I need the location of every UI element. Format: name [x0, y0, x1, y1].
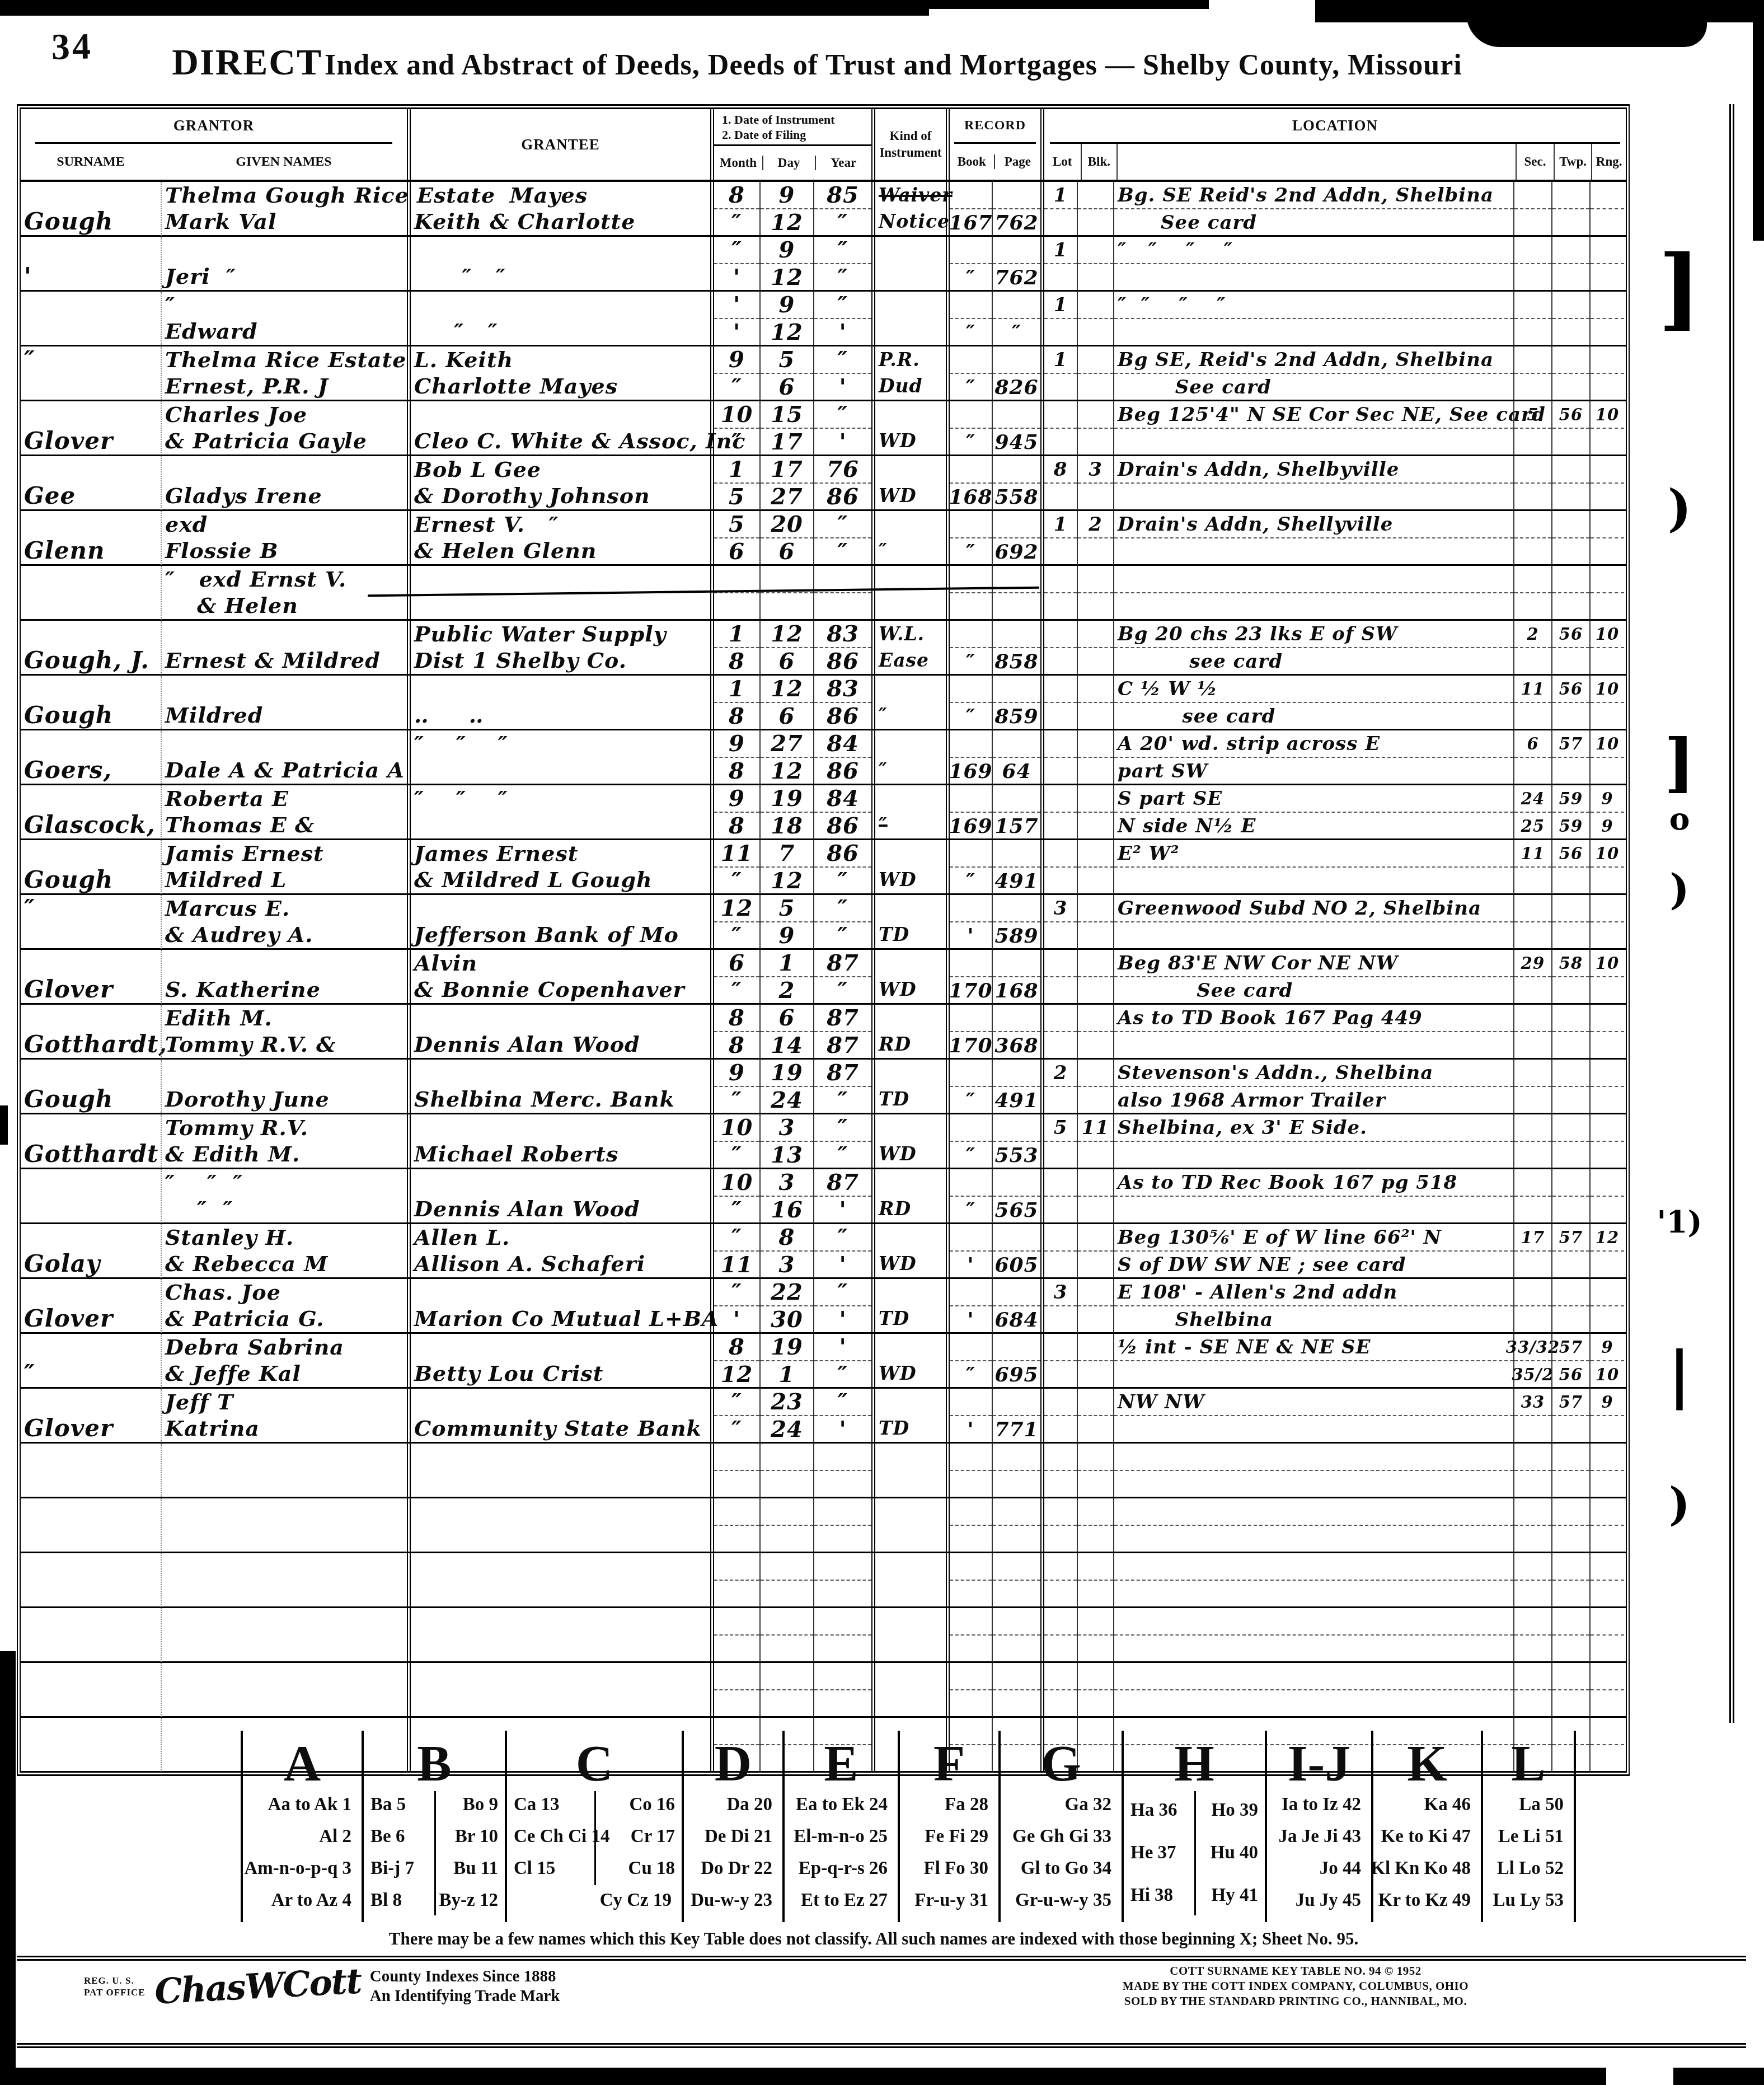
cell-gr: Marion Co Mutual L+BA: [407, 1279, 710, 1333]
entry-sec-line1: [1514, 182, 1551, 208]
cell-k: [871, 566, 946, 620]
key-range-line: Ll Lo 52: [1483, 1853, 1574, 1885]
entry-loc-line1: Beg 125'4" N SE Cor Sec NE, See card: [1114, 401, 1513, 428]
cell-loc: ″ ″ ″ ″: [1113, 292, 1513, 345]
cell-pg: [992, 1608, 1040, 1662]
cell-rng: [1589, 895, 1624, 949]
entry-pg-line2: 491: [993, 866, 1040, 894]
entry-gr-line1: [411, 1279, 710, 1305]
entry-d-line1: 12: [761, 676, 813, 702]
cell-sur: Gee: [21, 456, 161, 510]
cell-lot: [1040, 1498, 1077, 1552]
header-book-label: Book: [950, 154, 994, 169]
entry-sur-line1: [21, 621, 161, 647]
entry-gr-line2: Shelbina Merc. Bank: [411, 1086, 710, 1112]
key-range: By-z 12: [439, 1890, 498, 1911]
cell-d: 191: [759, 1334, 813, 1388]
cell-loc: C ½ W ½ see card: [1113, 676, 1513, 729]
entry-sur-line1: [21, 1718, 161, 1744]
entry-blk-line2: [1078, 1415, 1113, 1442]
entry-sur-line2: Glover: [21, 1305, 161, 1332]
entry-gr-line2: & Bonnie Copenhaver: [411, 976, 710, 1002]
entry-k-line1: [875, 1224, 946, 1250]
entry-pg-line2: 368: [993, 1031, 1040, 1058]
key-range: Du-w-y 23: [691, 1890, 772, 1911]
cell-rng: [1589, 1060, 1624, 1113]
cell-d: 1727: [759, 456, 813, 510]
entry-m-line2: ': [714, 318, 759, 345]
cell-rng: 10: [1589, 401, 1624, 455]
cell-blk: [1077, 1060, 1113, 1113]
ledger-row: GotthardtTommy R.V.& Edith M.Michael Rob…: [21, 1114, 1626, 1169]
cell-lot: [1040, 566, 1077, 620]
cell-rng: [1589, 1498, 1624, 1552]
cell-sec: 2: [1513, 621, 1551, 674]
entry-k-line1: [875, 401, 946, 428]
cell-sec: [1513, 1060, 1551, 1113]
entry-sur-line1: [21, 182, 161, 208]
cell-gr: ″ ″ ″: [407, 785, 710, 839]
cell-gr: [407, 1663, 710, 1717]
entry-k-line1: [875, 456, 946, 482]
entry-giv-line2: [162, 1525, 407, 1551]
entry-blk-line1: [1078, 895, 1113, 921]
entry-sec-line1: [1514, 511, 1551, 537]
key-range-line: Ia to Iz 42: [1267, 1789, 1371, 1821]
cell-twp: [1551, 182, 1589, 236]
entry-pg-line2: [993, 1525, 1040, 1552]
entry-rng-line2: [1591, 1305, 1624, 1333]
entry-d-line1: 19: [761, 1060, 813, 1086]
entry-bk-line2: 169: [950, 757, 992, 784]
entry-d-line2: [761, 1470, 813, 1497]
entry-bk-line1: [950, 1608, 992, 1634]
cell-d: 316: [759, 1169, 813, 1223]
entry-giv-line1: ″: [162, 292, 407, 318]
entry-blk-line1: [1078, 785, 1113, 812]
entry-pg-line1: [993, 676, 1040, 702]
entry-giv-line2: Dorothy June: [162, 1086, 407, 1112]
cell-sur: ': [21, 237, 161, 291]
cell-bk: ″: [946, 676, 992, 729]
cell-twp: 57: [1551, 730, 1589, 784]
entry-d-line1: 3: [761, 1169, 813, 1196]
entry-m-line2: ″: [714, 1415, 759, 1442]
cell-k: WD: [871, 1334, 946, 1388]
cell-twp: [1551, 1114, 1589, 1168]
entry-lot-line2: [1044, 1141, 1077, 1168]
entry-loc-line2: [1114, 1141, 1513, 1168]
cell-loc: E 108' - Allen's 2nd addn Shelbina: [1113, 1279, 1513, 1333]
entry-sur-line1: [21, 730, 161, 757]
cell-sec: 11: [1513, 840, 1551, 894]
entry-y-line2: ″: [814, 537, 871, 565]
key-range: Ep-q-r-s 26: [799, 1858, 888, 1879]
entry-k-line1: [875, 1169, 946, 1196]
entry-k-line1: [875, 511, 946, 537]
cell-y: ″': [813, 1279, 871, 1333]
header-record-label: RECORD: [954, 109, 1036, 144]
entry-rng-line1: [1591, 1718, 1624, 1744]
cell-sec: [1513, 1608, 1551, 1662]
entry-blk-line2: [1078, 1580, 1113, 1607]
entry-twp-line2: [1552, 1086, 1589, 1113]
entry-lot-line2: [1044, 1415, 1077, 1442]
entry-y-line2: ': [814, 373, 871, 400]
entry-gr-line1: Ernest V. ″: [411, 511, 710, 537]
cell-pg: ″: [992, 292, 1040, 345]
entry-rng-line2: [1591, 592, 1624, 620]
entry-loc-line2: see card: [1114, 647, 1513, 674]
key-range: Cu 18: [628, 1858, 675, 1879]
entry-giv-line2: [162, 1580, 407, 1606]
cott-key-table: AAa to Ak 1Al 2Am-n-o-p-q 3Ar to Az 4BBa…: [241, 1731, 1576, 1922]
scanned-ledger-page: { "page": { "number": "34", "title_lead"…: [0, 0, 1764, 2085]
header-year-label: Year: [815, 156, 871, 170]
entry-rng-line2: [1591, 318, 1624, 345]
entry-twp-line2: [1552, 1305, 1589, 1333]
cell-pg: [992, 566, 1040, 620]
entry-m-line1: [714, 1444, 759, 1470]
entry-loc-line2: [1114, 1470, 1513, 1497]
entry-m-line2: ″: [714, 208, 759, 236]
entry-gr-line2: & Mildred L Gough: [411, 866, 710, 893]
entry-sur-line2: Glover: [21, 976, 161, 1002]
header-page-label: Page: [994, 154, 1040, 169]
header-location: LOCATION Lot Blk. Sec. Twp. Rng.: [1040, 109, 1626, 180]
entry-loc-line2: Shelbina: [1114, 1305, 1513, 1333]
entry-m-line1: 10: [714, 1114, 759, 1141]
entry-loc-line1: Drain's Addn, Shellyville: [1114, 511, 1513, 537]
entry-twp-line1: 56: [1552, 676, 1589, 702]
cell-sur: [21, 566, 161, 620]
key-range: Kr to Kz 49: [1378, 1890, 1471, 1911]
cell-rng: 12: [1589, 1224, 1624, 1278]
entry-d-line1: [761, 1444, 813, 1470]
entry-sec-line1: 17: [1514, 1224, 1551, 1250]
cell-blk: [1077, 1334, 1113, 1388]
key-range: Ja Je Ji 43: [1278, 1826, 1361, 1847]
entry-twp-line1: [1552, 346, 1589, 373]
cell-sur: Glover: [21, 401, 161, 455]
entry-twp-line2: [1552, 537, 1589, 565]
entry-blk-line2: [1078, 263, 1113, 291]
entry-twp-line1: 57: [1552, 1389, 1589, 1415]
entry-bk-line2: ″: [950, 1086, 992, 1113]
entry-pg-line2: [993, 592, 1040, 620]
entry-sur-line1: [21, 292, 161, 318]
entry-m-line1: [714, 1553, 759, 1580]
cell-loc: Stevenson's Addn., Shelbinaalso 1968 Arm…: [1113, 1060, 1513, 1113]
entry-rng-line2: [1591, 1415, 1624, 1442]
entry-lot-line2: [1044, 373, 1077, 400]
cell-d: 912: [759, 292, 813, 345]
entry-twp-line2: [1552, 866, 1589, 894]
entry-sur-line1: [21, 1005, 161, 1031]
entry-m-line2: ″: [714, 428, 759, 455]
key-range: Ju Jy 45: [1296, 1890, 1361, 1911]
entry-blk-line2: [1078, 482, 1113, 510]
entry-gr-line2: [411, 1634, 710, 1661]
cell-sec: [1513, 1663, 1551, 1717]
entry-m-line1: 9: [714, 346, 759, 373]
ledger-row: [21, 1663, 1626, 1718]
entry-bk-line1: [950, 1663, 992, 1689]
key-range-line: Le Li 51: [1483, 1821, 1574, 1853]
entry-twp-line2: [1552, 1525, 1589, 1552]
key-range: Gr-u-w-y 35: [1015, 1890, 1111, 1911]
entry-gr-line1: [411, 401, 710, 428]
key-range-line: El-m-n-o 25: [785, 1821, 898, 1853]
cell-bk: ″: [946, 401, 992, 455]
cell-m: 98: [710, 785, 759, 839]
key-letter: I-J: [1267, 1731, 1371, 1789]
cell-rng: 10: [1589, 840, 1624, 894]
cell-sec: 6: [1513, 730, 1551, 784]
cell-blk: [1077, 401, 1113, 455]
entry-bk-line2: ″: [950, 537, 992, 565]
entry-loc-line1: Bg. SE Reid's 2nd Addn, Shelbina: [1114, 182, 1513, 208]
cell-sec: 11: [1513, 676, 1551, 729]
cell-bk: ″: [946, 1114, 992, 1168]
cell-k: WD: [871, 456, 946, 510]
entry-blk-line2: [1078, 1305, 1113, 1333]
entry-k-line2: ″: [875, 702, 946, 728]
cell-y: 85″: [813, 182, 871, 236]
entry-blk-line1: [1078, 1663, 1113, 1689]
entry-rng-line2: [1591, 1141, 1624, 1168]
cell-sec: [1513, 1005, 1551, 1058]
cell-d: 912: [759, 237, 813, 291]
table-header: GRANTOR SURNAME GIVEN NAMES GRANTEE 1. D…: [21, 109, 1626, 182]
cell-sur: [21, 1169, 161, 1223]
entry-y-line2: ″: [814, 976, 871, 1004]
entry-blk-line1: [1078, 346, 1113, 373]
entry-loc-line1: Stevenson's Addn., Shelbina: [1114, 1060, 1513, 1086]
cell-blk: [1077, 785, 1113, 839]
entry-lot-line1: [1044, 950, 1077, 976]
cell-blk: [1077, 1224, 1113, 1278]
cell-twp: 5756: [1551, 1334, 1589, 1388]
cell-sec: [1513, 1444, 1551, 1497]
key-letter: H: [1124, 1731, 1265, 1789]
entry-bk-line1: [950, 1060, 992, 1086]
cell-lot: [1040, 730, 1077, 784]
entry-sec-line2: [1514, 1086, 1551, 1113]
entry-gr-line2: [411, 812, 710, 838]
entry-twp-line1: [1552, 237, 1589, 263]
entry-y-line1: 87: [814, 1169, 871, 1196]
cell-sec: [1513, 346, 1551, 400]
entry-d-line2: 12: [761, 757, 813, 784]
cell-blk: 2: [1077, 511, 1113, 565]
entry-d-line2: 1: [761, 1360, 813, 1388]
cell-twp: [1551, 1553, 1589, 1607]
cell-giv: Roberta EThomas E &: [161, 785, 407, 839]
entry-m-line2: [714, 1470, 759, 1497]
cell-giv: Jeff TKatrina: [161, 1389, 407, 1442]
entry-pg-line2: [993, 1634, 1040, 1662]
entry-sec-line2: [1514, 537, 1551, 565]
entry-loc-line2: [1114, 318, 1513, 345]
entry-twp-line2: [1552, 1250, 1589, 1278]
cell-twp: 57: [1551, 1224, 1589, 1278]
key-letter: G: [1001, 1731, 1122, 1789]
cell-lot: [1040, 1553, 1077, 1607]
cell-sec: [1513, 511, 1551, 565]
entry-loc-line1: NW NW: [1114, 1389, 1513, 1415]
entry-sec-line1: 33/32: [1514, 1334, 1551, 1360]
entry-blk-line2: [1078, 208, 1113, 236]
entry-gr-line1: [411, 895, 710, 921]
key-range-line: Do Dr 22: [684, 1853, 782, 1885]
ledger-row: GoughJamis ErnestMildred LJames Ernest& …: [21, 840, 1626, 895]
entry-blk-line2: [1078, 921, 1113, 949]
entry-y-line1: ″: [814, 401, 871, 428]
key-range-line: Gr-u-w-y 35: [1001, 1885, 1122, 1917]
cell-twp: [1551, 566, 1589, 620]
cell-bk: [946, 1608, 992, 1662]
cell-blk: [1077, 1279, 1113, 1333]
entry-gr-line1: L. Keith: [411, 346, 710, 373]
cell-sec: [1513, 237, 1551, 291]
entry-gr-line1: [411, 1334, 710, 1360]
entry-rng-line2: [1591, 208, 1624, 236]
cell-pg: 762: [992, 237, 1040, 291]
header-sec-label: Sec.: [1516, 144, 1554, 180]
entry-gr-line2: Dennis Alan Wood: [411, 1031, 710, 1057]
entry-lot-line1: [1044, 566, 1077, 592]
key-range: Fa 28: [945, 1794, 988, 1815]
entry-m-line2: ″: [714, 1196, 759, 1223]
cell-y: 8787: [813, 1005, 871, 1058]
cell-loc: Drain's Addn, Shellyville: [1113, 511, 1513, 565]
key-range: El-m-n-o 25: [794, 1826, 888, 1847]
entry-giv-line1: [162, 730, 407, 757]
cell-m: [710, 1553, 759, 1607]
cell-d: 1924: [759, 1060, 813, 1113]
cell-giv: Dorothy June: [161, 1060, 407, 1113]
cell-sec: [1513, 1498, 1551, 1552]
entry-rng-line1: 10: [1591, 840, 1624, 866]
scan-nub-left: [0, 1105, 8, 1145]
entry-blk-line1: [1078, 292, 1113, 318]
entry-twp-line2: [1552, 757, 1589, 784]
cell-m: 10″: [710, 1169, 759, 1223]
entry-giv-line2: & Rebecca M: [162, 1250, 407, 1277]
entry-twp-line2: [1552, 1470, 1589, 1497]
entry-loc-line1: [1114, 1608, 1513, 1634]
cell-y: [813, 1553, 871, 1607]
entry-y-line2: ″: [814, 921, 871, 949]
entry-sec-line2: [1514, 1250, 1551, 1278]
key-range-line: Fl Fo 30: [900, 1853, 998, 1885]
cell-loc: [1113, 1498, 1513, 1552]
entry-giv-line2: Edward: [162, 318, 407, 344]
entry-k-line1: [875, 1060, 946, 1086]
entry-m-line2: ″: [714, 1141, 759, 1168]
cell-sur: Gough: [21, 1060, 161, 1113]
key-letter: L: [1483, 1731, 1574, 1789]
entry-lot-line2: [1044, 482, 1077, 510]
entry-gr-line1: [411, 1169, 710, 1196]
cell-giv: [161, 1444, 407, 1497]
entry-k-line1: [875, 1389, 946, 1415]
entry-sec-line2: [1514, 263, 1551, 291]
entry-k-line2: [875, 1689, 946, 1716]
cell-gr: [407, 1553, 710, 1607]
entry-y-line1: [814, 1608, 871, 1634]
entry-d-line1: [761, 566, 813, 592]
cell-loc: [1113, 1663, 1513, 1717]
cell-sur: Gotthardt,: [21, 1005, 161, 1058]
entry-y-line2: [814, 1634, 871, 1662]
entry-m-line1: ″: [714, 237, 759, 263]
cell-lot: [1040, 1224, 1077, 1278]
cell-m: 88: [710, 1005, 759, 1058]
entry-sec-line1: 5: [1514, 401, 1551, 428]
key-range: Ar to Az 4: [271, 1890, 351, 1911]
key-letter: K: [1373, 1731, 1481, 1789]
entry-blk-line2: [1078, 592, 1113, 620]
entry-y-line1: 87: [814, 1060, 871, 1086]
entry-twp-line1: [1552, 1553, 1589, 1580]
cell-bk: 169: [946, 730, 992, 784]
cell-m: 9″: [710, 1060, 759, 1113]
key-range-line: Kr to Kz 49: [1373, 1885, 1481, 1917]
entry-m-line2: ″: [714, 866, 759, 894]
entry-loc-line2: [1114, 482, 1513, 510]
cell-gr: Dennis Alan Wood: [407, 1005, 710, 1058]
cell-bk: ″: [946, 1334, 992, 1388]
cell-k: [871, 1608, 946, 1662]
entry-blk-line1: [1078, 1553, 1113, 1580]
entry-pg-line1: [993, 401, 1040, 428]
entry-y-line1: 83: [814, 676, 871, 702]
cell-twp: [1551, 1608, 1589, 1662]
entry-y-line2: ': [814, 1250, 871, 1278]
entry-blk-line1: [1078, 182, 1113, 208]
key-range: Kl Kn Ko 48: [1371, 1858, 1471, 1879]
footer-reg-line1: REG. U. S.: [84, 1975, 146, 1986]
entry-y-line1: ″: [814, 895, 871, 921]
entry-d-line1: 22: [761, 1279, 813, 1305]
entry-d-line2: [761, 1689, 813, 1717]
entry-sur-line2: Glover: [21, 428, 161, 454]
cell-twp: [1551, 1498, 1589, 1552]
cell-sur: Goers,: [21, 730, 161, 784]
entry-bk-line2: ': [950, 1305, 992, 1333]
entry-sec-line1: [1514, 895, 1551, 921]
cell-blk: [1077, 1553, 1113, 1607]
cell-giv: Marcus E.& Audrey A.: [161, 895, 407, 949]
entry-m-line1: 9: [714, 730, 759, 757]
entry-sec-line2: [1514, 647, 1551, 674]
entry-sur-line2: [21, 1634, 161, 1661]
entry-twp-line1: [1552, 1498, 1589, 1525]
entry-m-line1: 11: [714, 840, 759, 866]
cell-sec: [1513, 292, 1551, 345]
entry-d-line2: 12: [761, 208, 813, 236]
header-kind-line2: Instrument: [879, 144, 941, 161]
cell-bk: ″: [946, 292, 992, 345]
entry-rng-line2: [1591, 1031, 1624, 1058]
cell-lot: 3: [1040, 895, 1077, 949]
entry-sec-line2: [1514, 1031, 1551, 1058]
cell-loc: [1113, 566, 1513, 620]
entry-sec-line1: [1514, 1444, 1551, 1470]
cell-pg: 565: [992, 1169, 1040, 1223]
